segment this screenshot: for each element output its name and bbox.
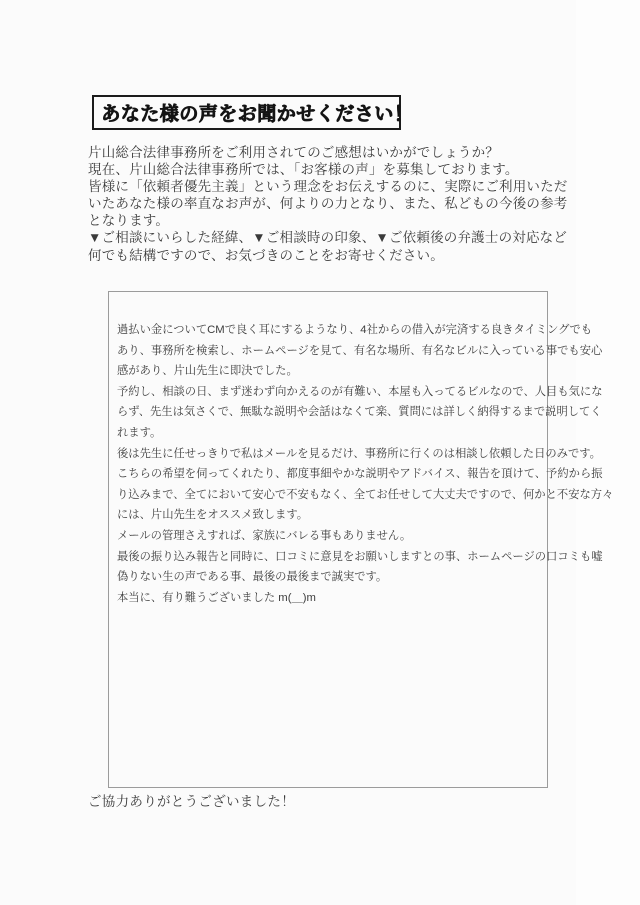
intro-line: いたあなた様の率直なお声が、何よりの力となり、また、私どもの今後の参考 — [88, 195, 588, 212]
intro-line: 何でも結構ですので、お気づきのことをお寄せください。 — [88, 247, 588, 264]
response-line: こちらの希望を伺ってくれたり、都度事細やかな説明やアドバイス、報告を頂けて、予約… — [117, 464, 617, 485]
response-line: 後は先生に任せっきりで私はメールを見るだけ、事務所に行くのは相談し依頼した日のみ… — [117, 444, 617, 465]
response-line: 最後の振り込み報告と同時に、口コミに意見をお願いしますとの事、ホームページの口コ… — [117, 547, 617, 568]
response-line: あり、事務所を検索し、ホームページを見て、有名な場所、有名なビルに入っている事で… — [117, 341, 617, 362]
intro-line: 皆様に「依頼者優先主義」という理念をお伝えするのに、実際にご利用いただ — [88, 178, 588, 195]
response-line: 偽りない生の声である事、最後の最後まで誠実です。 — [117, 567, 617, 588]
response-line: れます。 — [117, 423, 617, 444]
intro-paragraph: 片山総合法律事務所をご利用されてのご感想はいかがでしょうか？ 現在、片山総合法律… — [88, 144, 588, 264]
page-title: あなた様の声をお聞かせください！ — [101, 99, 413, 127]
title-banner: あなた様の声をお聞かせください！ — [92, 95, 401, 130]
intro-line: 片山総合法律事務所をご利用されてのご感想はいかがでしょうか？ — [88, 144, 588, 161]
response-line: には、片山先生をオススメ致します。 — [117, 505, 617, 526]
response-line: メールの管理さえすれば、家族にバレる事もありません。 — [117, 526, 617, 547]
intro-line: ▼ご相談にいらした経緯、▼ご相談時の印象、▼ご依頼後の弁護士の対応など — [88, 229, 588, 246]
response-line: 本当に、有り難うございました m(＿)m — [117, 588, 617, 609]
scanned-feedback-document: あなた様の声をお聞かせください！ 片山総合法律事務所をご利用されてのご感想はいか… — [0, 0, 640, 905]
response-line: 感があり、片山先生に即決でした。 — [117, 361, 617, 382]
response-line: 過払い金についてCMで良く耳にするようなり、4社からの借入が完済する良きタイミン… — [117, 320, 617, 341]
response-line: 予約し、相談の日、まず迷わず向かえるのが有難い、本屋も入ってるビルなので、人目も… — [117, 382, 617, 403]
intro-line: となります。 — [88, 212, 588, 229]
intro-line: 現在、片山総合法律事務所では、「お客様の声」を募集しております。 — [88, 161, 588, 178]
closing-thanks-text: ご協力ありがとうございました！ — [88, 790, 295, 810]
feedback-response-text: 過払い金についてCMで良く耳にするようなり、4社からの借入が完済する良きタイミン… — [117, 320, 617, 608]
response-line: らず、先生は気さくで、無駄な説明や会話はなくて楽、質問には詳しく納得するまで説明… — [117, 402, 617, 423]
response-line: り込みまで、全てにおいて安心で不安もなく、全てお任せして大丈夫ですので、何かと不… — [117, 485, 617, 506]
